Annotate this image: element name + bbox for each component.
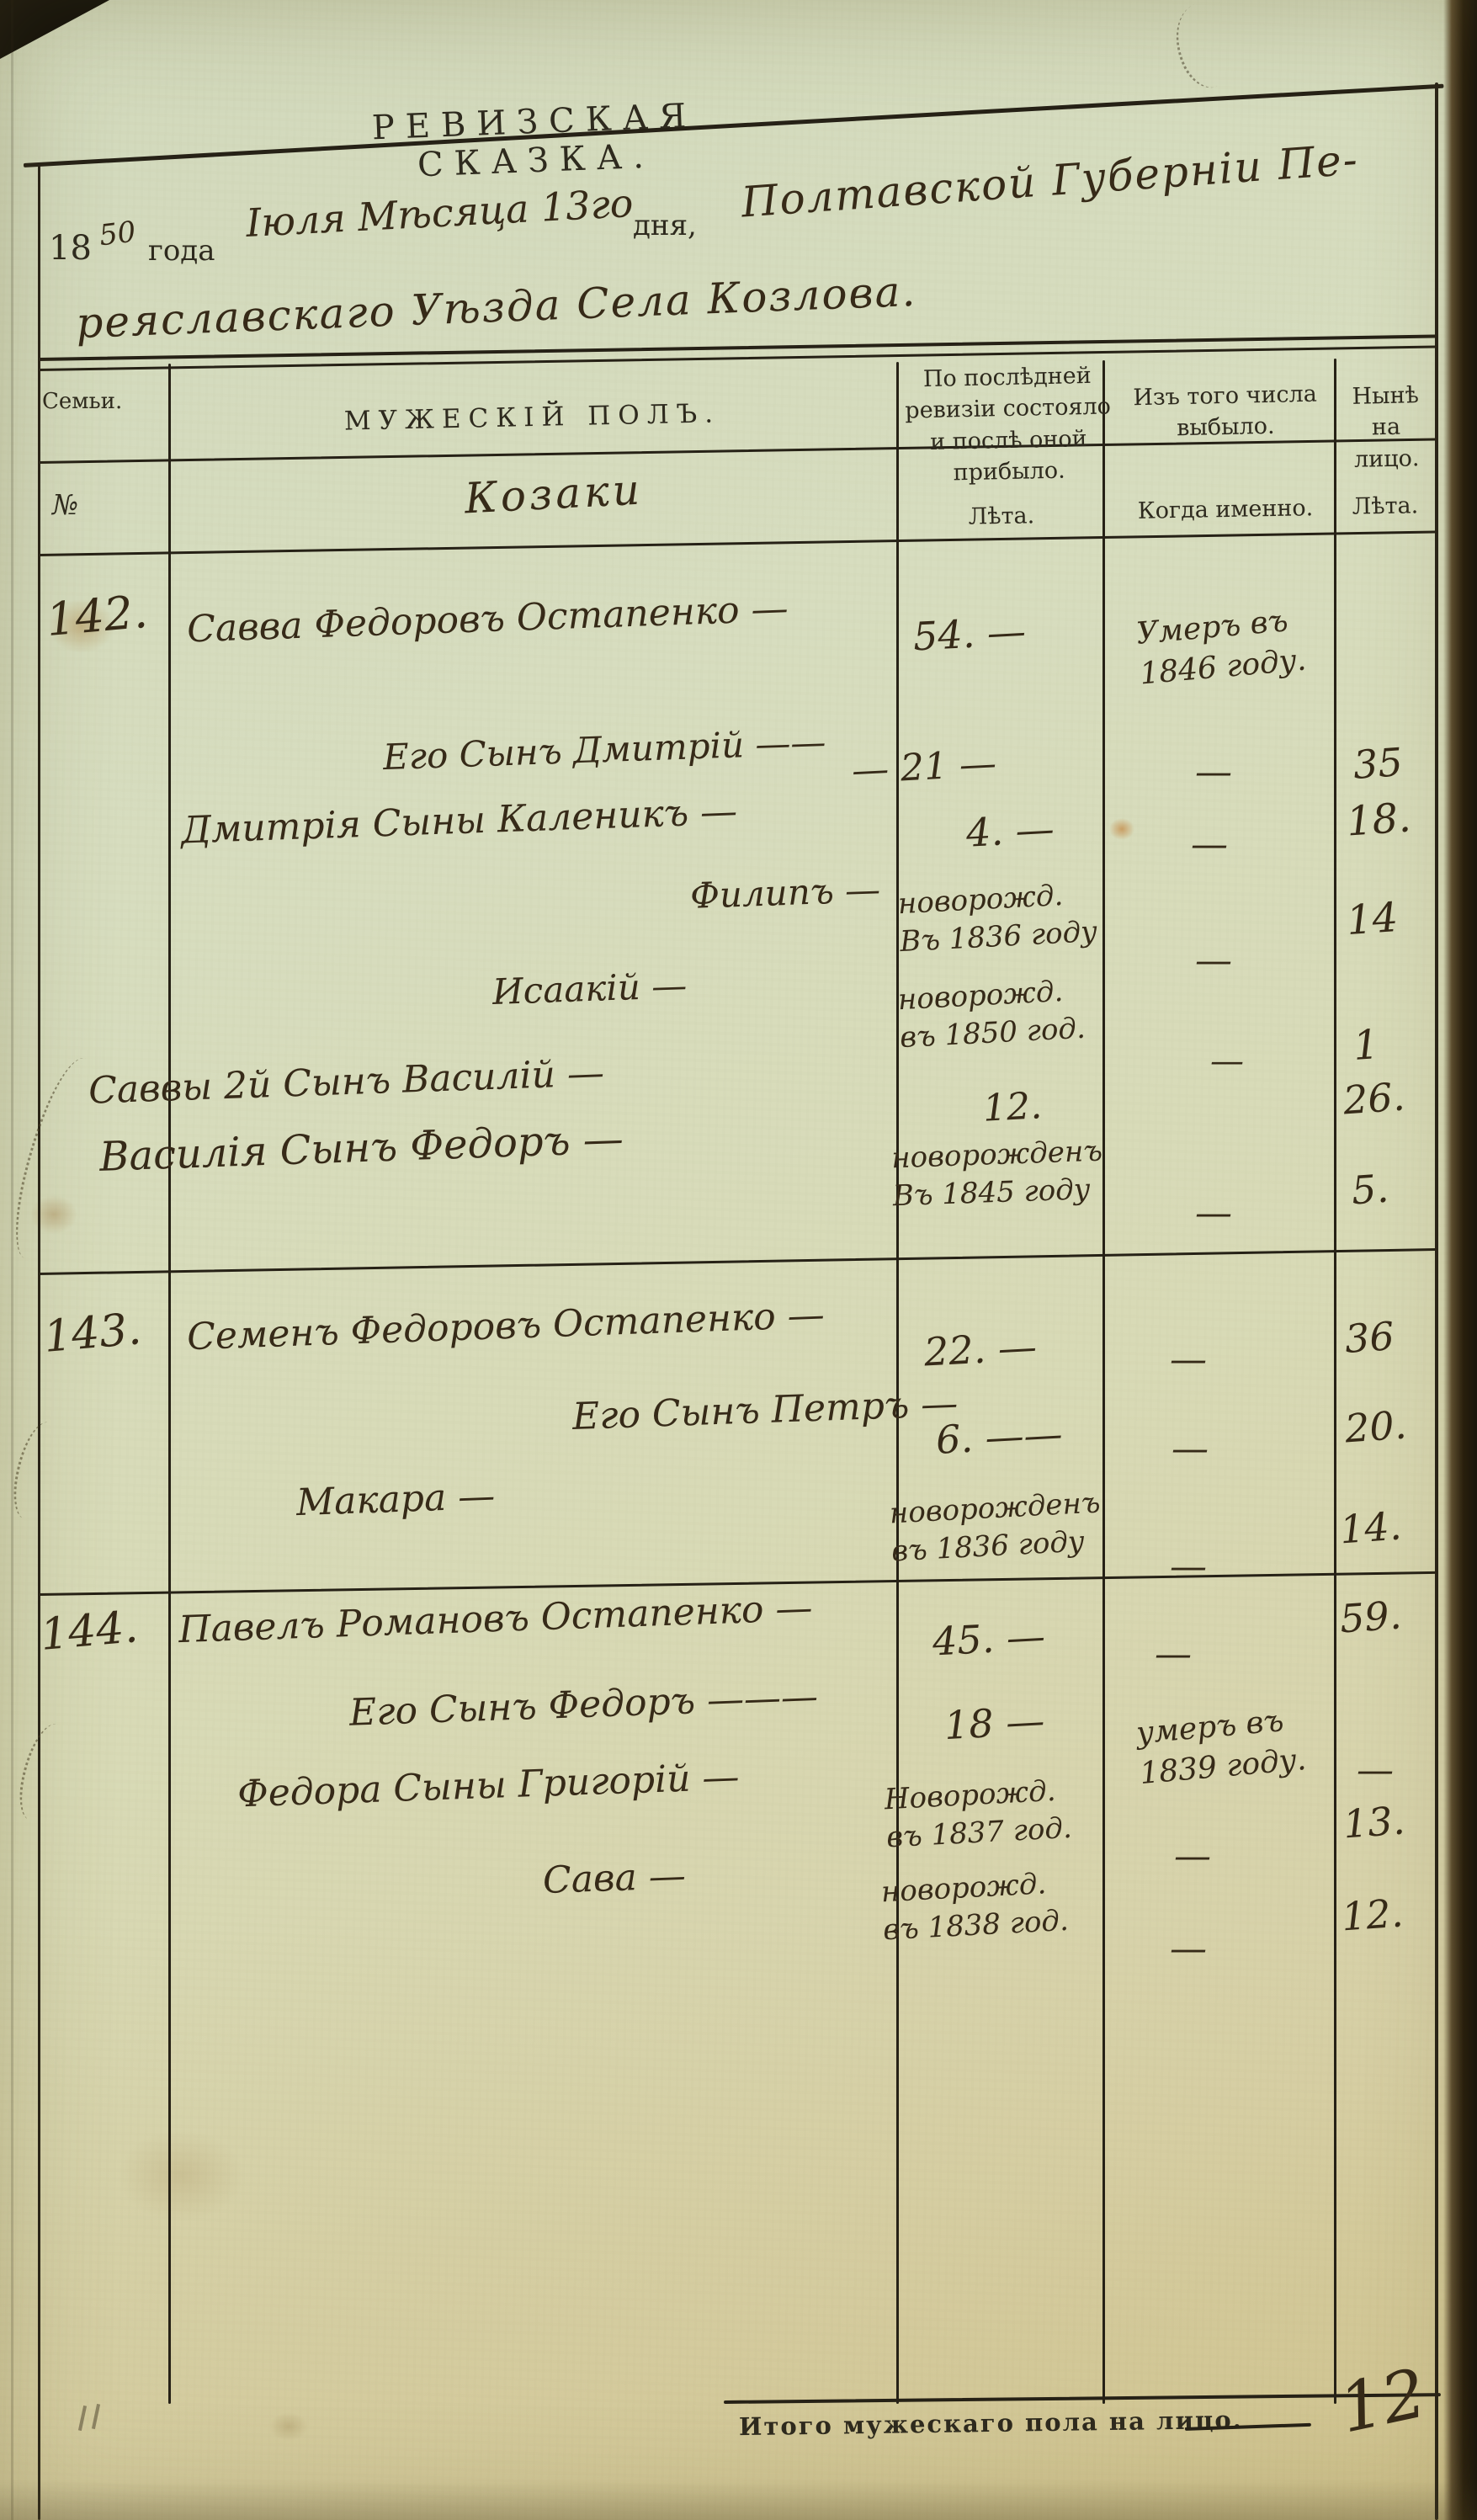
member-age-now: 35	[1352, 739, 1404, 788]
member-departed: —	[1195, 1192, 1232, 1235]
member-name: Исаакій —	[491, 965, 688, 1013]
member-age-last: новорожд. въ 1850 год.	[897, 971, 1101, 1057]
member-departed: —	[1195, 939, 1232, 982]
member-name: Павелъ Романовъ Остапенко —	[178, 1587, 813, 1651]
member-age-now: 18.	[1345, 794, 1412, 845]
frame-line-left	[38, 165, 40, 2520]
member-age-last: 6. ——	[935, 1411, 1064, 1463]
pencil-mark	[78, 2406, 87, 2431]
page-title: РЕВИЗСКАЯ СКАЗКА.	[247, 92, 822, 191]
member-name: Саввы 2й Сынъ Василій —	[88, 1051, 604, 1112]
header-family: Семьи.	[42, 389, 122, 414]
member-name: Дмитрія Сыны Каленикъ —	[180, 789, 738, 852]
header-when-exactly: Когда именно.	[1121, 495, 1331, 524]
member-age-now: 36	[1343, 1313, 1395, 1362]
member-age-now: 14.	[1338, 1503, 1403, 1553]
member-name: Макара —	[295, 1475, 496, 1524]
member-age-last: 4. —	[965, 805, 1055, 855]
member-age-last: 12.	[982, 1084, 1044, 1130]
pencil-mark	[92, 2404, 100, 2429]
page-edge-right	[1443, 0, 1477, 2520]
date-month-day-handwritten: Іюля Мѣсяца 13го	[245, 180, 635, 246]
member-departed: —	[1170, 1927, 1207, 1970]
page-edge-left	[11, 0, 13, 2520]
date-year-handwritten: 50	[98, 215, 138, 253]
member-name: Его Сынъ Дмитрій ——	[382, 721, 826, 778]
document-page: РЕВИЗСКАЯ СКАЗКА. 18 50 года Іюля Мѣсяца…	[0, 0, 1477, 2520]
member-age-now: 14	[1345, 894, 1400, 944]
member-name: Его Сынъ Федоръ ———	[348, 1675, 818, 1734]
pencil-mark	[13, 1719, 73, 1824]
member-departed: —	[1155, 1633, 1192, 1676]
member-departed: —	[1174, 1835, 1211, 1878]
member-name: Василія Сынъ Федоръ —	[98, 1115, 624, 1181]
date-century: 18	[49, 229, 92, 268]
header-number-sign: №	[52, 488, 78, 521]
header-bottom-line	[38, 530, 1437, 556]
member-age-now: 26.	[1342, 1074, 1406, 1124]
member-name: Федора Сыны Григорій —	[236, 1756, 740, 1816]
member-age-now: 20.	[1343, 1402, 1408, 1452]
member-age-last: 54. —	[912, 609, 1027, 660]
member-age-last: 45. —	[932, 1614, 1046, 1665]
date-day-word: дня,	[633, 209, 697, 242]
member-age-last: 18 —	[943, 1698, 1046, 1748]
pencil-mark	[8, 1418, 65, 1523]
member-age-last: новорожд. Въ 1836 году	[897, 875, 1101, 961]
member-age-last: 22. —	[923, 1324, 1038, 1375]
column-divider-names	[896, 362, 899, 2404]
page-corner-shadow	[0, 0, 109, 59]
page-edge-bottom	[0, 2481, 1477, 2520]
member-age-now: 5.	[1350, 1166, 1390, 1214]
stain	[269, 2412, 308, 2441]
member-departed: —	[1191, 823, 1228, 866]
member-departed: умеръ въ 1839 году.	[1134, 1697, 1338, 1794]
member-name: Семенъ Федоровъ Остапенко —	[186, 1294, 825, 1358]
member-departed: Умеръ въ 1846 году.	[1134, 598, 1330, 694]
member-name: Сава —	[542, 1854, 686, 1902]
header-years-right: Лѣта.	[1338, 492, 1433, 520]
header-departed: Изъ того числа выбыло.	[1120, 378, 1331, 445]
column-divider-years-left	[1102, 360, 1105, 2404]
header-estate-group-handwritten: Козаки	[464, 465, 645, 523]
member-age-last: новорожденъ въ 1836 году	[889, 1485, 1101, 1571]
member-age-last: новорожд. въ 1838 год.	[880, 1863, 1090, 1949]
family-number: 142.	[44, 585, 149, 646]
member-age-now: —	[1357, 1749, 1394, 1792]
header-last-revision: По послѣдней ревизіи состояло и послѣ он…	[901, 359, 1115, 489]
member-age-now: 12.	[1340, 1890, 1405, 1940]
member-departed: —	[1172, 1427, 1209, 1470]
member-name: Савва Федоровъ Остапенко —	[186, 587, 789, 651]
member-age-now: 1	[1352, 1021, 1380, 1070]
member-departed: —	[1170, 1545, 1207, 1588]
header-years-left: Лѣта.	[917, 502, 1086, 530]
header-present: Нынѣ на лицо.	[1336, 380, 1437, 476]
footer-total-value: 12	[1332, 2353, 1432, 2448]
date-year-word: года	[148, 234, 215, 268]
header-male-sex: МУЖЕСКІЙ ПОЛЪ.	[173, 395, 893, 440]
footer-total-label: Итого мужескаго пола на лицо.	[739, 2406, 1243, 2441]
date-place-line2-handwritten: реяславскаго Уѣзда Села Козлова.	[75, 267, 917, 348]
member-departed: —	[1170, 1338, 1207, 1381]
member-departed: —	[1195, 751, 1232, 794]
family-number: 143.	[42, 1304, 144, 1363]
date-place-line1-handwritten: Полтавской Губерніи Пе-	[740, 135, 1361, 226]
member-name: Филипъ —	[689, 869, 881, 917]
family-separator-1	[38, 1248, 1437, 1275]
member-age-last: — 21 —	[851, 742, 997, 793]
column-divider-when	[1334, 359, 1336, 2404]
family-number: 144.	[39, 1602, 141, 1661]
member-departed: —	[1210, 1042, 1244, 1081]
stain	[1109, 818, 1134, 840]
member-age-last: новорожденъ Въ 1845 году	[891, 1133, 1102, 1215]
member-age-last: Новорожд. въ 1837 год.	[884, 1771, 1093, 1857]
member-age-now: 59.	[1338, 1592, 1403, 1642]
pencil-flourish	[1162, 0, 1250, 96]
member-name: Его Сынъ Петръ —	[571, 1382, 959, 1438]
column-divider-family	[168, 364, 171, 2404]
stain	[118, 2129, 244, 2222]
member-age-now: 13.	[1342, 1798, 1406, 1847]
